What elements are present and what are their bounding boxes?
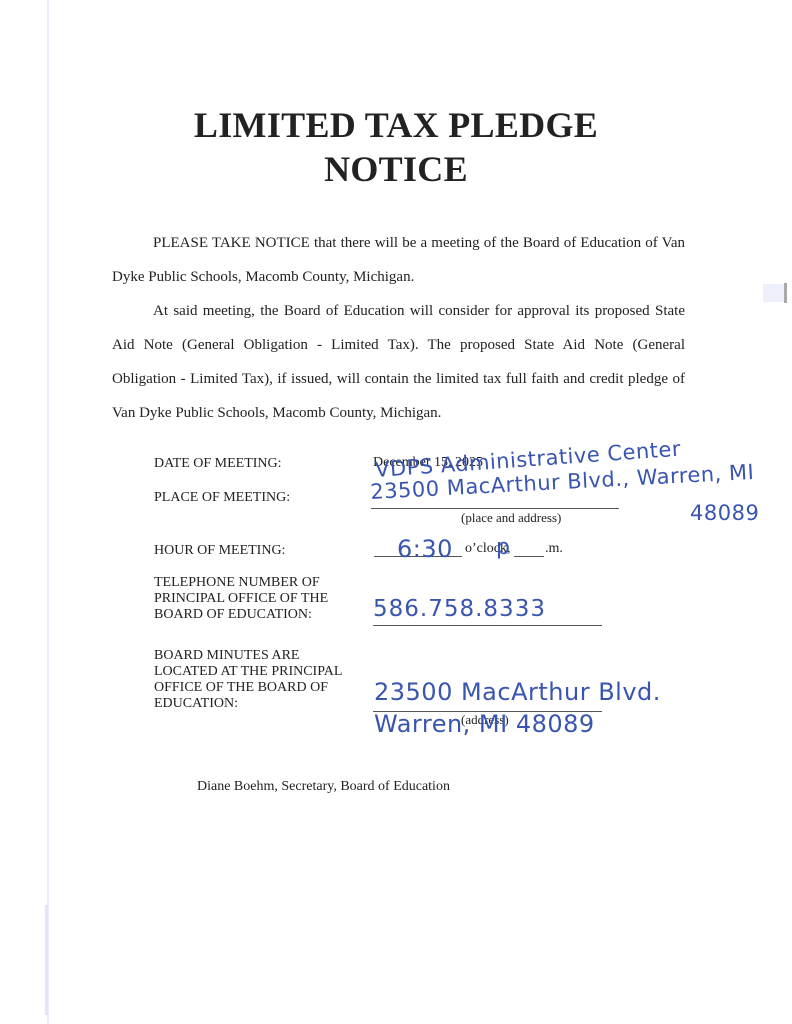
scan-edge-line-bottom: [45, 905, 48, 1015]
scan-edge-bar: [784, 283, 787, 303]
hour-handwritten-value: 6:30: [397, 535, 453, 563]
date-label: DATE OF MEETING:: [154, 456, 282, 472]
place-handwritten-line-3: 48089: [690, 501, 759, 525]
ampm-suffix: .m.: [545, 541, 563, 557]
minutes-handwritten-line-2: Warren, MI 48089: [374, 710, 595, 738]
signature-line: Diane Boehm, Secretary, Board of Educati…: [197, 779, 450, 795]
place-caption: (place and address): [461, 510, 561, 526]
notice-paragraph-2-text: At said meeting, the Board of Education …: [112, 303, 685, 421]
ampm-underline: [514, 556, 544, 557]
phone-label-line-2: PRINCIPAL OFFICE OF THE: [154, 591, 328, 607]
scan-edge-mark: [763, 284, 785, 302]
notice-paragraph-1-text: PLEASE TAKE NOTICE that there will be a …: [112, 235, 685, 285]
hour-label: HOUR OF MEETING:: [154, 543, 285, 559]
title-line-1: LIMITED TAX PLEDGE: [0, 103, 792, 147]
minutes-label-line-3: OFFICE OF THE BOARD OF: [154, 680, 342, 696]
title-line-2: NOTICE: [0, 147, 792, 191]
phone-label-line-1: TELEPHONE NUMBER OF: [154, 575, 328, 591]
phone-label-line-3: BOARD OF EDUCATION:: [154, 607, 328, 623]
phone-underline: [373, 625, 602, 626]
phone-handwritten-value: 586.758.8333: [373, 596, 546, 622]
notice-paragraph-2: At said meeting, the Board of Education …: [112, 294, 685, 430]
minutes-label-line-2: LOCATED AT THE PRINCIPAL: [154, 664, 342, 680]
document-title: LIMITED TAX PLEDGE NOTICE: [0, 103, 792, 191]
minutes-handwritten-line-1: 23500 MacArthur Blvd.: [374, 678, 661, 706]
phone-label: TELEPHONE NUMBER OF PRINCIPAL OFFICE OF …: [154, 575, 328, 623]
minutes-label: BOARD MINUTES ARE LOCATED AT THE PRINCIP…: [154, 648, 342, 712]
ampm-handwritten-value: p: [496, 535, 510, 560]
place-label: PLACE OF MEETING:: [154, 490, 290, 506]
minutes-label-line-4: EDUCATION:: [154, 696, 342, 712]
place-underline: [371, 508, 619, 509]
minutes-label-line-1: BOARD MINUTES ARE: [154, 648, 342, 664]
notice-paragraph-1: PLEASE TAKE NOTICE that there will be a …: [112, 226, 685, 294]
